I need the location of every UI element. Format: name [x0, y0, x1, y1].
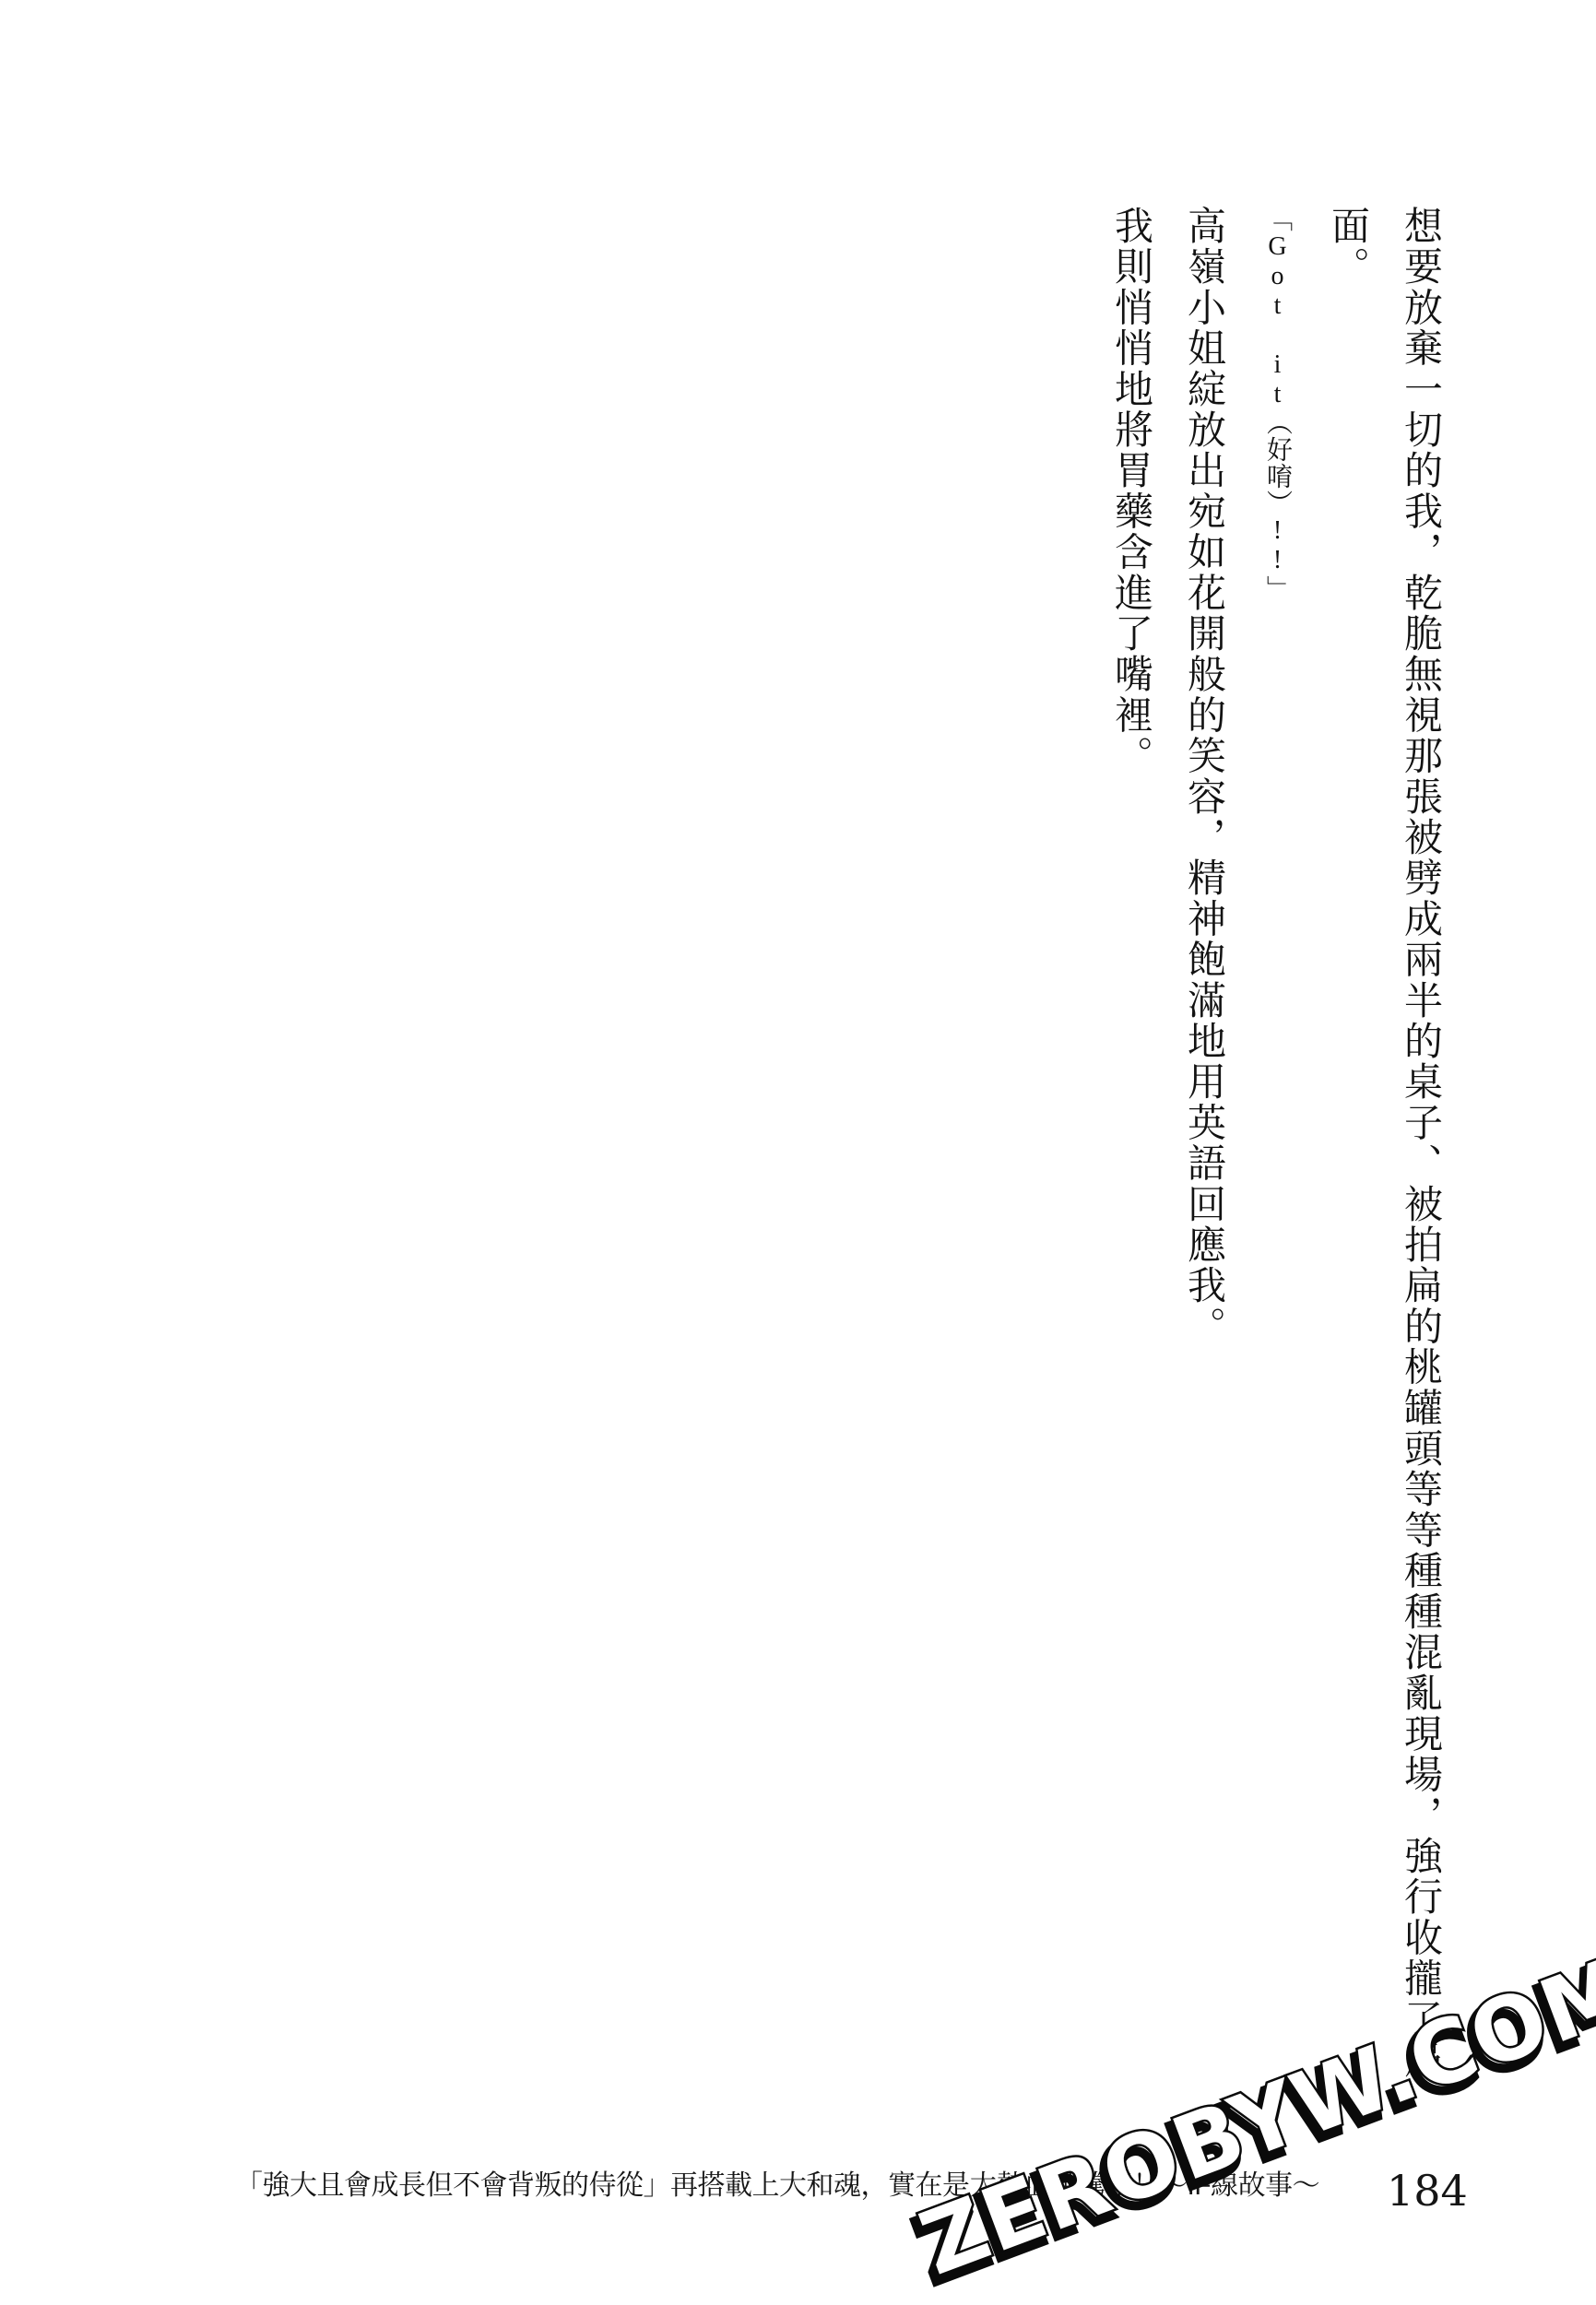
- watermark-svg: ZEROBYW.COM ZEROBYW.COM: [867, 1955, 1596, 2305]
- book-page: 想要放棄一切的我，乾脆無視那張被劈成兩半的桌子、被拍扁的桃罐頭等等種種混亂現場，…: [0, 0, 1596, 2305]
- text-column-1: 想要放棄一切的我，乾脆無視那張被劈成兩半的桌子、被拍扁的桃罐頭等等種種混亂現場，…: [1400, 206, 1440, 2080]
- watermark-text-shadow: ZEROBYW.COM: [904, 1955, 1596, 2302]
- watermark: ZEROBYW.COM ZEROBYW.COM: [867, 1955, 1596, 2305]
- footer-note: 「強大且會成長但不會背叛的侍從」再搭載上大和魂，實在是太熱血沸騰了！～IF線故事…: [235, 2169, 1319, 2204]
- watermark-text: ZEROBYW.COM: [908, 1955, 1596, 2296]
- text-column-3-quote: 「Got it（好唷）!!」: [1257, 206, 1297, 602]
- text-column-5: 我則悄悄地將胃藥含進了嘴裡。: [1110, 206, 1151, 776]
- page-number: 184: [1387, 2169, 1468, 2212]
- text-column-4: 高嶺小姐綻放出宛如花開般的笑容，精神飽滿地用英語回應我。: [1183, 206, 1224, 1347]
- text-column-2: 面。: [1327, 206, 1367, 287]
